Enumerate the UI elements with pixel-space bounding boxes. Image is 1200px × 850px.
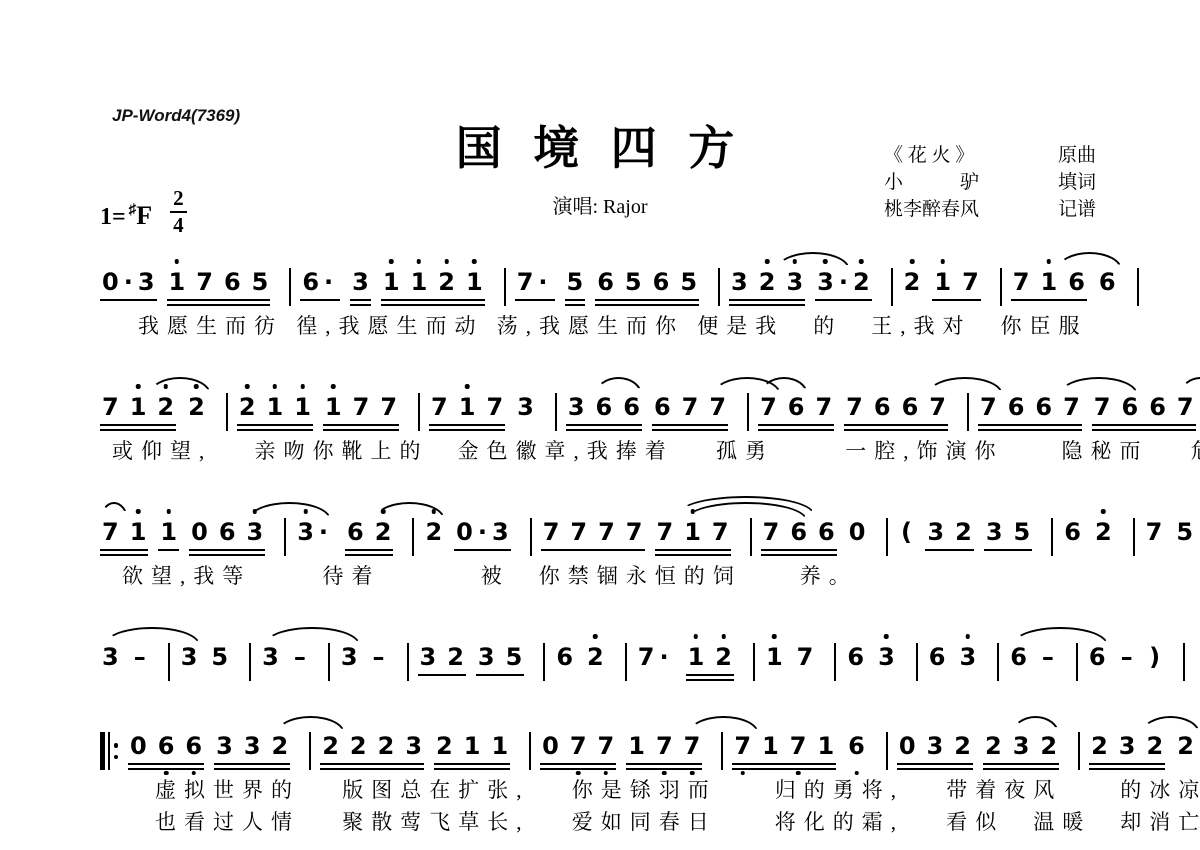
note-char: ) (1148, 643, 1162, 671)
barline (407, 643, 409, 681)
note-char: 7 (1177, 393, 1194, 421)
note-char: 3 (927, 518, 944, 546)
score-line-3: 7110633·6220·377777177660(3235627525欲望,我… (100, 498, 1160, 638)
note-group: 5 (565, 268, 586, 301)
note-group: 717 (429, 393, 505, 426)
note-char: 1 (934, 268, 951, 296)
note-group: 211 (434, 732, 510, 765)
note-char: 3 (568, 393, 585, 421)
note-group: 6 (1062, 518, 1083, 549)
tie-arc (1012, 627, 1108, 645)
note-char: 2 (587, 643, 604, 671)
note-char: 3 (817, 268, 834, 296)
note-char: 2 (904, 268, 921, 296)
note-group: 7777 (541, 518, 645, 551)
repeat-sign (100, 732, 118, 770)
note-group: 62 (345, 518, 393, 551)
note-char: 7 (734, 732, 751, 760)
tie-arc (595, 377, 642, 395)
note-char: 6 (1149, 393, 1166, 421)
note-char: 2 (322, 732, 339, 760)
note-char: 6 (347, 518, 364, 546)
note-char: 6 (929, 643, 946, 671)
note-group: 6 (554, 643, 575, 674)
note-char: 6 (818, 518, 835, 546)
note-char: 2 (1040, 732, 1057, 760)
note-group: 7667 (1092, 393, 1196, 426)
note-char: 2 (436, 732, 453, 760)
note-char: 6 (790, 518, 807, 546)
note-char: 2 (425, 518, 442, 546)
note-char: 2 (1091, 732, 1108, 760)
note-char: 2 (378, 732, 395, 760)
tie-arc (104, 627, 200, 645)
note-group: 3 (957, 643, 978, 674)
time-signature: 2 4 (170, 188, 187, 236)
tie-arc (678, 496, 815, 514)
note-char: 2 (759, 268, 776, 296)
note-char: 0 (102, 268, 119, 296)
note-group: 0 (847, 518, 868, 549)
note-group: 063 (189, 518, 265, 551)
note-char: 7 (598, 732, 615, 760)
note-char: 6 (847, 643, 864, 671)
note-group: – (1118, 643, 1136, 674)
note-char: 6 (158, 732, 175, 760)
note-char: 1 (684, 518, 701, 546)
credit-lyricist: 小 驴 填词 (884, 169, 1096, 196)
tie-arc (927, 377, 1003, 395)
note-char: 5 (506, 643, 523, 671)
note-char: 7 (712, 518, 729, 546)
note-char: 6 (1008, 393, 1025, 421)
note-char: – (293, 643, 307, 671)
note-char: 5 (680, 268, 697, 296)
note-char: 7 (656, 732, 673, 760)
note-char: 2 (954, 732, 971, 760)
note-char: 7 (638, 643, 655, 671)
note-char: 7 (657, 518, 674, 546)
key-prefix: 1= (100, 204, 126, 230)
note-group: 366 (566, 393, 642, 426)
note-char: 1 (267, 393, 284, 421)
barline (555, 393, 557, 431)
barline (750, 518, 752, 556)
note-group: – (370, 643, 388, 674)
note-char: 1 (169, 268, 186, 296)
note-char: 6 (653, 268, 670, 296)
note-group: 6 (1008, 643, 1029, 674)
tie-arc (100, 502, 128, 520)
note-group: 7667 (844, 393, 948, 426)
note-group: 767 (758, 393, 834, 426)
lyrics-row: 或仰望, 亲吻你靴上的 金色徽章,我捧着 孤勇 一腔,饰演你 隐秘而 危险的 (112, 435, 1200, 465)
note-char: 6 (788, 393, 805, 421)
credit-name: 小 驴 (884, 169, 979, 196)
barline (721, 732, 723, 770)
credit-name: 桃李醉春风 (884, 196, 979, 223)
note-group: ( (897, 518, 915, 549)
note-group: 3· (295, 518, 335, 549)
note-group: 3 (260, 643, 281, 674)
barline (753, 643, 755, 681)
barline (747, 393, 749, 431)
note-group: 32 (418, 643, 466, 676)
note-char: 3 (297, 518, 314, 546)
note-group: 323 (729, 268, 805, 301)
meter-denominator: 4 (170, 213, 187, 236)
note-char: 5 (1176, 518, 1193, 546)
credit-role: 填词 (1058, 169, 1096, 196)
note-char: 3 (352, 268, 369, 296)
note-group: 6565 (595, 268, 699, 301)
note-char: 7 (570, 518, 587, 546)
barline (530, 518, 532, 556)
note-char: 1 (466, 268, 483, 296)
note-char: 7 (570, 732, 587, 760)
note-char: 7 (797, 643, 814, 671)
barline (249, 643, 251, 681)
barline (886, 732, 888, 770)
key-note: F (136, 201, 152, 230)
note-group: 1765 (167, 268, 271, 301)
note-char: 1 (160, 518, 177, 546)
note-group: – (291, 643, 309, 674)
note-char: 6 (185, 732, 202, 760)
note-char: 1 (130, 393, 147, 421)
note-char: 7 (517, 268, 534, 296)
note-char: · (659, 643, 668, 671)
note-char: 2 (157, 393, 174, 421)
score-line-5: 0663322223211077177717160322322322虚拟世界的 … (100, 712, 1160, 850)
barline (412, 518, 414, 556)
note-char: 7 (196, 268, 213, 296)
note-char: 6 (1099, 268, 1116, 296)
note-char: 6 (597, 268, 614, 296)
note-char: 7 (102, 393, 119, 421)
note-group: 7667 (978, 393, 1082, 426)
note-char: 7 (1094, 393, 1111, 421)
note-group: 716 (1011, 268, 1087, 301)
tie-arc (776, 252, 850, 270)
note-group: 7 (795, 643, 816, 674)
note-char: 0 (130, 732, 147, 760)
barline (1137, 268, 1139, 306)
note-char: 2 (438, 268, 455, 296)
note-char: 3 (786, 268, 803, 296)
note-char: 7 (790, 732, 807, 760)
note-char: 3 (216, 732, 233, 760)
note-group: 32 (925, 518, 973, 551)
tie-arc (1057, 252, 1122, 270)
note-group: 5 (209, 643, 230, 674)
note-char: 0 (542, 732, 559, 760)
note-char: · (538, 268, 547, 296)
barline (1051, 518, 1053, 556)
note-group: 17 (932, 268, 980, 301)
note-char: 6 (1122, 393, 1139, 421)
note-char: 2 (375, 518, 392, 546)
note-char: · (124, 268, 133, 296)
note-char: 3 (478, 643, 495, 671)
note-char: · (319, 518, 328, 546)
note-char: 2 (1095, 518, 1112, 546)
note-group: – (1039, 643, 1057, 674)
note-group: 0·3 (454, 518, 511, 551)
note-char: 1 (294, 393, 311, 421)
note-group: 6 (846, 732, 867, 763)
note-char: 6 (302, 268, 319, 296)
note-group: 5 (1174, 518, 1195, 549)
note-group: 2 (186, 393, 207, 424)
note-group: 717 (655, 518, 731, 551)
note-group: 7 (1144, 518, 1165, 549)
note-group: 1121 (381, 268, 485, 301)
note-char: 3 (341, 643, 358, 671)
note-group: 3·2 (815, 268, 872, 301)
note-char: 6 (556, 643, 573, 671)
barline (886, 518, 888, 556)
note-char: · (839, 268, 848, 296)
note-char: 5 (1014, 518, 1031, 546)
note-group: 2 (1175, 732, 1196, 763)
barline (1183, 643, 1185, 681)
note-char: 3 (102, 643, 119, 671)
note-group: 032 (897, 732, 973, 765)
note-char: 6 (1010, 643, 1027, 671)
note-char: 6 (1068, 268, 1085, 296)
note-char: 3 (492, 518, 509, 546)
barline (309, 732, 311, 770)
tie-arc (248, 502, 331, 520)
score-line-2: 71222111777173366677767766776677667或仰望, … (100, 373, 1160, 513)
note-group: 2 (1093, 518, 1114, 549)
note-group: 6 (1097, 268, 1118, 299)
note-char: 1 (383, 268, 400, 296)
note-char: 7 (1146, 518, 1163, 546)
note-group: 6 (1087, 643, 1108, 674)
barline (418, 393, 420, 431)
note-char: 1 (411, 268, 428, 296)
note-char: 5 (567, 268, 584, 296)
note-char: 3 (138, 268, 155, 296)
barline (1133, 518, 1135, 556)
barline (967, 393, 969, 431)
note-group: 766 (761, 518, 837, 551)
note-char: 1 (628, 732, 645, 760)
note-group: 3 (100, 643, 121, 674)
barline (1000, 268, 1002, 306)
barline (284, 518, 286, 556)
note-char: 7 (709, 393, 726, 421)
note-group: 2 (423, 518, 444, 549)
note-group: 3 (179, 643, 200, 674)
note-char: 6 (1035, 393, 1052, 421)
note-group: 6 (927, 643, 948, 674)
note-char: 7 (929, 393, 946, 421)
note-char: 7 (486, 393, 503, 421)
note-char: 7 (684, 732, 701, 760)
note-char: 3 (244, 732, 261, 760)
note-char: 3 (262, 643, 279, 671)
note-group: 712 (100, 393, 176, 426)
note-char: 7 (763, 518, 780, 546)
note-char: 1 (762, 732, 779, 760)
note-char: 6 (1089, 643, 1106, 671)
note-char: 7 (102, 518, 119, 546)
note-char: 7 (1013, 268, 1030, 296)
barline (543, 643, 545, 681)
barline (1078, 732, 1080, 770)
note-char: 1 (1040, 268, 1057, 296)
note-char: – (133, 643, 147, 671)
note-group: 232 (1089, 732, 1165, 765)
credit-role: 原曲 (1058, 142, 1096, 169)
note-char: 2 (985, 732, 1002, 760)
credit-role: 记谱 (1058, 196, 1096, 223)
credits: 《 花 火 》 原曲 小 驴 填词 桃李醉春风 记谱 (884, 142, 1096, 223)
note-group: 2223 (320, 732, 424, 765)
note-char: 3 (927, 732, 944, 760)
note-char: 5 (211, 643, 228, 671)
note-group: 3 (876, 643, 897, 674)
note-char: 3 (247, 518, 264, 546)
note-group: 3 (515, 393, 536, 424)
note-group: 35 (476, 643, 524, 676)
barline (529, 732, 531, 770)
note-char: 3 (878, 643, 895, 671)
barline (226, 393, 228, 431)
note-char: 7 (626, 518, 643, 546)
note-char: 2 (272, 732, 289, 760)
note-group: 677 (652, 393, 728, 426)
note-char: 6 (874, 393, 891, 421)
note-char: 6 (654, 393, 671, 421)
note-char: 1 (130, 518, 147, 546)
barline (916, 643, 918, 681)
note-char: 7 (543, 518, 560, 546)
sheet-music-page: { "page": { "watermark": "JP-Word4(7369)… (0, 0, 1200, 850)
note-group: 332 (214, 732, 290, 765)
note-group: 1 (158, 518, 179, 551)
note-char: 1 (464, 732, 481, 760)
lyrics-row: 虚拟世界的 版图总在扩张, 你是铩羽而 归的勇将, 带着夜风 的冰凉, (155, 774, 1200, 804)
key-signature: 1=♯F 2 4 (100, 188, 187, 236)
note-char: 3 (959, 643, 976, 671)
note-char: 2 (239, 393, 256, 421)
note-group: 7171 (732, 732, 836, 765)
tie-arc (276, 716, 344, 734)
note-char: 0 (899, 732, 916, 760)
tie-arc (1180, 377, 1200, 395)
barline (625, 643, 627, 681)
tie-arc (1059, 377, 1137, 395)
note-char: 3 (181, 643, 198, 671)
note-char: 7 (962, 268, 979, 296)
note-char: ( (899, 518, 913, 546)
barline (289, 268, 291, 306)
note-char: 3 (731, 268, 748, 296)
barline (891, 268, 893, 306)
note-char: 5 (625, 268, 642, 296)
note-char: 0 (456, 518, 473, 546)
note-group: 6 (845, 643, 866, 674)
note-group: 71 (100, 518, 148, 551)
note-char: 1 (459, 393, 476, 421)
note-char: 7 (353, 393, 370, 421)
note-char: 3 (517, 393, 534, 421)
note-char: 6 (848, 732, 865, 760)
note-group: 2 (585, 643, 606, 674)
note-char: 2 (715, 643, 732, 671)
note-group: 7· (515, 268, 555, 301)
lyrics-row: 我愿生而彷 徨,我愿生而动 荡,我愿生而你 便是我 的 王,我对 你臣服 (138, 310, 1088, 340)
note-char: 3 (405, 732, 422, 760)
note-group: 211 (237, 393, 313, 426)
note-char: 2 (447, 643, 464, 671)
lyrics-row: 欲望,我等 待着 被 你禁锢永恒的饲 养。 (122, 560, 858, 590)
note-char: 6 (1064, 518, 1081, 546)
note-char: 7 (1063, 393, 1080, 421)
note-char: 5 (252, 268, 269, 296)
score-line-1: 0·317656·311217·565653233·22177166我愿生而彷 … (100, 248, 1160, 388)
tie-arc (1141, 716, 1200, 734)
note-group: 077 (540, 732, 616, 765)
note-char: 7 (682, 393, 699, 421)
note-char: 7 (980, 393, 997, 421)
note-char: 7 (431, 393, 448, 421)
note-char: 7 (815, 393, 832, 421)
barline (1076, 643, 1078, 681)
note-char: · (478, 518, 487, 546)
note-char: 7 (380, 393, 397, 421)
credit-original: 《 花 火 》 原曲 (884, 142, 1096, 169)
note-group: 066 (128, 732, 204, 765)
note-char: 1 (325, 393, 342, 421)
barline (997, 643, 999, 681)
note-char: 6 (902, 393, 919, 421)
note-char: 2 (188, 393, 205, 421)
note-group: 35 (984, 518, 1032, 551)
note-char: 7 (760, 393, 777, 421)
note-char: 6 (224, 268, 241, 296)
note-char: 2 (1147, 732, 1164, 760)
note-group: 3 (350, 268, 371, 301)
barline (834, 643, 836, 681)
note-char: 3 (986, 518, 1003, 546)
note-char: 2 (853, 268, 870, 296)
note-char: 1 (688, 643, 705, 671)
credit-name: 《 花 火 》 (884, 142, 974, 169)
tie-arc (374, 502, 445, 520)
note-char: – (1120, 643, 1134, 671)
note-group: 1 (764, 643, 785, 674)
note-char: 2 (955, 518, 972, 546)
tie-arc (149, 377, 211, 395)
note-char: 3 (1013, 732, 1030, 760)
note-char: 0 (849, 518, 866, 546)
tie-arc (1012, 716, 1059, 734)
barline (328, 643, 330, 681)
barline (718, 268, 720, 306)
note-char: 3 (1119, 732, 1136, 760)
tie-arc (264, 627, 360, 645)
barline (504, 268, 506, 306)
credit-transcriber: 桃李醉春风 记谱 (884, 196, 1096, 223)
note-char: 2 (1177, 732, 1194, 760)
tie-arc (688, 716, 759, 734)
note-group: 3 (339, 643, 360, 674)
